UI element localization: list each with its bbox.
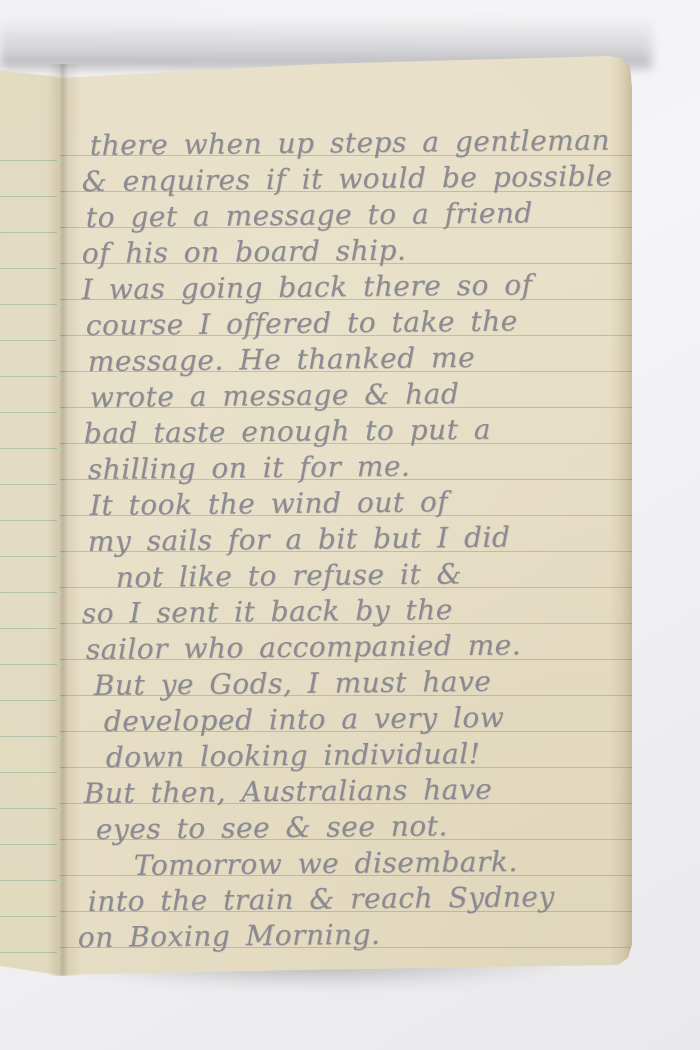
handwritten-line: of his on board ship. (82, 236, 407, 269)
handwritten-line: there when up steps a gentleman (90, 126, 610, 161)
handwritten-line: to get a message to a friend (86, 198, 533, 233)
handwritten-line: shilling on it for me. (88, 452, 411, 485)
handwritten-line: so I sent it back by the (82, 595, 453, 629)
handwritten-line: I was going back there so of (82, 270, 533, 305)
handwritten-line: Tomorrow we disembark. (134, 847, 518, 881)
handwritten-line: It took the wind out of (90, 487, 449, 521)
page-stack-edge (610, 56, 632, 968)
handwritten-line: into the train & reach Sydney (88, 882, 555, 917)
handwritten-line: wrote a message & had (90, 379, 460, 413)
handwritten-line: my sails for a bit but I did (88, 523, 511, 557)
handwritten-line: course I offered to take the (86, 306, 518, 341)
handwritten-line: not like to refuse it & (116, 559, 462, 593)
handwritten-line: eyes to see & see not. (96, 811, 448, 845)
handwritten-line: & enquires if it would be possible (82, 161, 613, 197)
scanned-diary-photo: there when up steps a gentleman& enquire… (0, 0, 700, 1050)
binding-gutter (46, 64, 82, 976)
handwritten-line: But ye Gods, I must have (94, 667, 492, 701)
handwritten-line: message. He thanked me (88, 343, 476, 377)
handwritten-line: But then, Australians have (84, 775, 493, 809)
handwritten-line: on Boxing Morning. (78, 920, 381, 953)
handwritten-line: down looking individual! (106, 739, 481, 773)
handwritten-line: developed into a very low (104, 703, 505, 737)
handwritten-line: sailor who accompanied me. (86, 630, 522, 665)
notebook-page: there when up steps a gentleman& enquire… (0, 0, 700, 1050)
handwritten-line: bad taste enough to put a (84, 415, 491, 449)
